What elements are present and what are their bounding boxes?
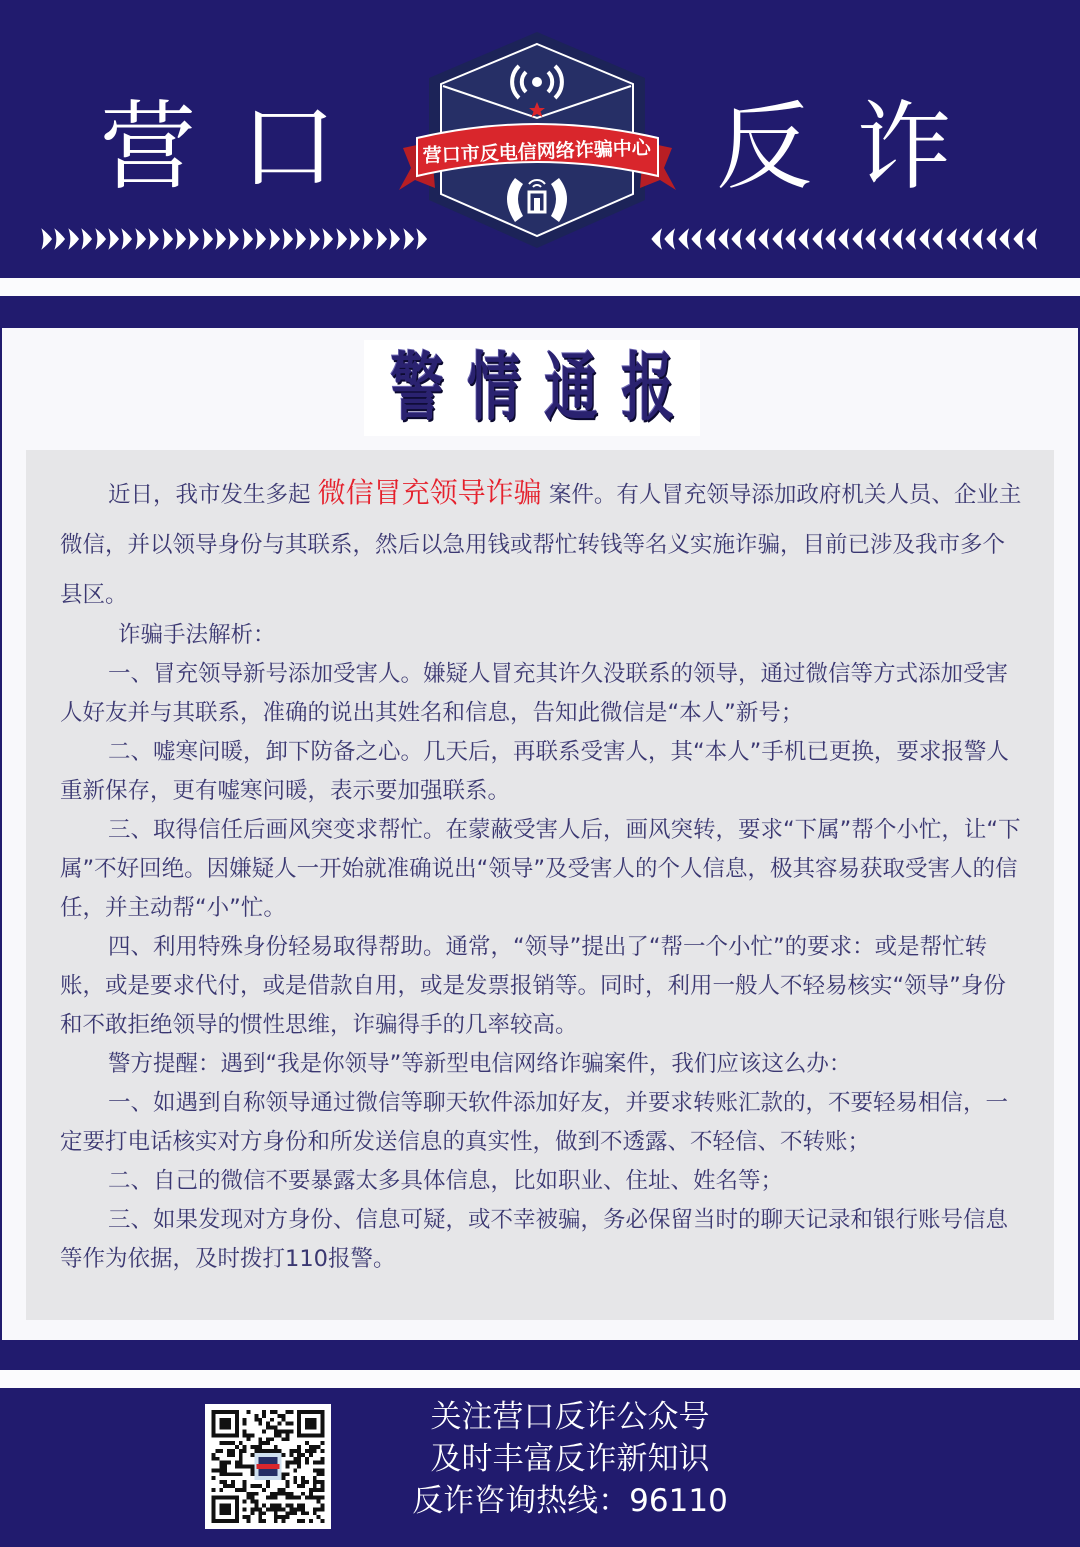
headline-char: 警 xyxy=(390,343,443,433)
chevron-right-icon xyxy=(187,225,200,253)
analysis-item: 一、冒充领导新号添加受害人。嫌疑人冒充其许久没联系的领导，通过微信等方式添加受害… xyxy=(60,655,1026,733)
divider-bar xyxy=(0,1340,1080,1370)
chevron-right-icon xyxy=(281,225,294,253)
notice-body-panel: 近日，我市发生多起 微信冒充领导诈骗 案件。有人冒充领导添加政府机关人员、企业主… xyxy=(26,450,1054,1320)
analysis-item: 四、利用特殊身份轻易取得帮助。通常，“领导”提出了“帮一个小忙”的要求：或是帮忙… xyxy=(60,928,1026,1045)
chevron-right-icon xyxy=(134,225,147,253)
chevron-right-icon xyxy=(40,225,53,253)
analysis-item: 三、取得信任后画风突变求帮忙。在蒙蔽受害人后，画风突转，要求“下属”帮个小忙，让… xyxy=(60,811,1026,928)
headline-char: 情 xyxy=(467,343,520,433)
chevron-left-icon xyxy=(704,225,717,253)
chevron-left-icon xyxy=(757,225,770,253)
chevron-right-icon xyxy=(120,225,133,253)
chevron-left-icon xyxy=(931,225,944,253)
badge-icon: 营口市反电信网络诈骗中心 xyxy=(395,30,680,250)
chevron-left-row-icon xyxy=(650,224,1040,254)
chevron-right-icon xyxy=(308,225,321,253)
qr-code-pattern xyxy=(211,1410,325,1523)
chevron-left-icon xyxy=(904,225,917,253)
notice-body: 近日，我市发生多起 微信冒充领导诈骗 案件。有人冒充领导添加政府机关人员、企业主… xyxy=(60,468,1026,1279)
chevron-left-icon xyxy=(918,225,931,253)
footer-line-knowledge: 及时丰富反诈新知识 xyxy=(380,1438,760,1480)
chevron-left-icon xyxy=(797,225,810,253)
headline-char: 报 xyxy=(621,343,674,433)
chevron-left-icon xyxy=(945,225,958,253)
title-char: 口 xyxy=(240,92,336,202)
chevron-left-icon xyxy=(998,225,1011,253)
chevron-left-icon xyxy=(851,225,864,253)
divider-stripe xyxy=(0,278,1080,296)
chevron-right-icon xyxy=(227,225,240,253)
chevron-right-icon xyxy=(254,225,267,253)
notice-card: 警 情 通 报 近日，我市发生多起 微信冒充领导诈骗 案件。有人冒充领导添加政府… xyxy=(2,328,1078,1340)
chevron-left-icon xyxy=(824,225,837,253)
analysis-item: 二、嘘寒问暖，卸下防备之心。几天后，再联系受害人，其“本人”手机已更换，要求报警… xyxy=(60,733,1026,811)
reminder-title: 警方提醒：遇到“我是你领导”等新型电信网络诈骗案件，我们应该这么办： xyxy=(60,1045,1026,1084)
chevron-left-icon xyxy=(837,225,850,253)
chevron-right-icon xyxy=(94,225,107,253)
chevron-right-icon xyxy=(335,225,348,253)
chevron-left-icon xyxy=(878,225,891,253)
headline-char: 通 xyxy=(544,343,597,433)
anti-fraud-center-badge: 营口市反电信网络诈骗中心 xyxy=(395,30,680,250)
chevron-right-icon xyxy=(80,225,93,253)
title-char: 营 xyxy=(100,92,196,202)
chevron-left-icon xyxy=(864,225,877,253)
footer-text: 关注营口反诈公众号 及时丰富反诈新知识 反诈咨询热线：96110 xyxy=(380,1396,760,1522)
title-char: 诈 xyxy=(856,92,952,202)
chevron-right-icon xyxy=(107,225,120,253)
chevron-right-icon xyxy=(147,225,160,253)
chevron-left-icon xyxy=(1025,225,1038,253)
chevron-left-icon xyxy=(771,225,784,253)
chevron-right-icon xyxy=(241,225,254,253)
chevron-right-icon xyxy=(201,225,214,253)
reminder-item: 二、自己的微信不要暴露太多具体信息，比如职业、住址、姓名等； xyxy=(60,1162,1026,1201)
chevron-right-icon xyxy=(161,225,174,253)
chevron-right-icon xyxy=(268,225,281,253)
chevron-left-icon xyxy=(811,225,824,253)
chevron-left-icon xyxy=(958,225,971,253)
footer-line-hotline: 反诈咨询热线：96110 xyxy=(380,1480,760,1522)
divider-stripe xyxy=(0,1370,1080,1388)
chevron-right-icon xyxy=(214,225,227,253)
chevron-right-icon xyxy=(361,225,374,253)
chevron-left-icon xyxy=(891,225,904,253)
chevron-left-icon xyxy=(717,225,730,253)
intro-paragraph: 近日，我市发生多起 微信冒充领导诈骗 案件。有人冒充领导添加政府机关人员、企业主… xyxy=(60,468,1026,620)
chevron-right-icon xyxy=(375,225,388,253)
chevron-left-icon xyxy=(971,225,984,253)
chevron-left-icon xyxy=(690,225,703,253)
reminder-item: 一、如遇到自称领导通过微信等聊天软件添加好友，并要求转账汇款的，不要轻易相信，一… xyxy=(60,1084,1026,1162)
header-banner: 营 口 反 诈 营口市反电信网络诈骗中心 xyxy=(0,0,1080,278)
chevron-left-icon xyxy=(985,225,998,253)
title-char: 反 xyxy=(716,92,812,202)
divider-bar xyxy=(0,296,1080,328)
chevron-left-icon xyxy=(730,225,743,253)
chevron-right-icon xyxy=(174,225,187,253)
chevron-right-row-icon xyxy=(40,224,430,254)
analysis-title: 诈骗手法解析： xyxy=(60,616,1026,655)
chevron-left-icon xyxy=(784,225,797,253)
footer-line-follow: 关注营口反诈公众号 xyxy=(380,1396,760,1438)
qr-code-icon[interactable] xyxy=(205,1404,331,1529)
notice-headline: 警 情 通 报 xyxy=(364,340,700,436)
chevron-right-icon xyxy=(53,225,66,253)
chevron-left-icon xyxy=(1012,225,1025,253)
chevron-right-icon xyxy=(321,225,334,253)
chevron-right-icon xyxy=(294,225,307,253)
highlight-fraud-type: 微信冒充领导诈骗 xyxy=(318,476,542,509)
intro-text: 近日，我市发生多起 xyxy=(108,482,318,508)
chevron-right-icon xyxy=(348,225,361,253)
chevron-left-icon xyxy=(744,225,757,253)
footer: 关注营口反诈公众号 及时丰富反诈新知识 反诈咨询热线：96110 xyxy=(0,1388,1080,1547)
reminder-item: 三、如果发现对方身份、信息可疑，或不幸被骗，务必保留当时的聊天记录和银行账号信息… xyxy=(60,1201,1026,1279)
chevron-right-icon xyxy=(67,225,80,253)
